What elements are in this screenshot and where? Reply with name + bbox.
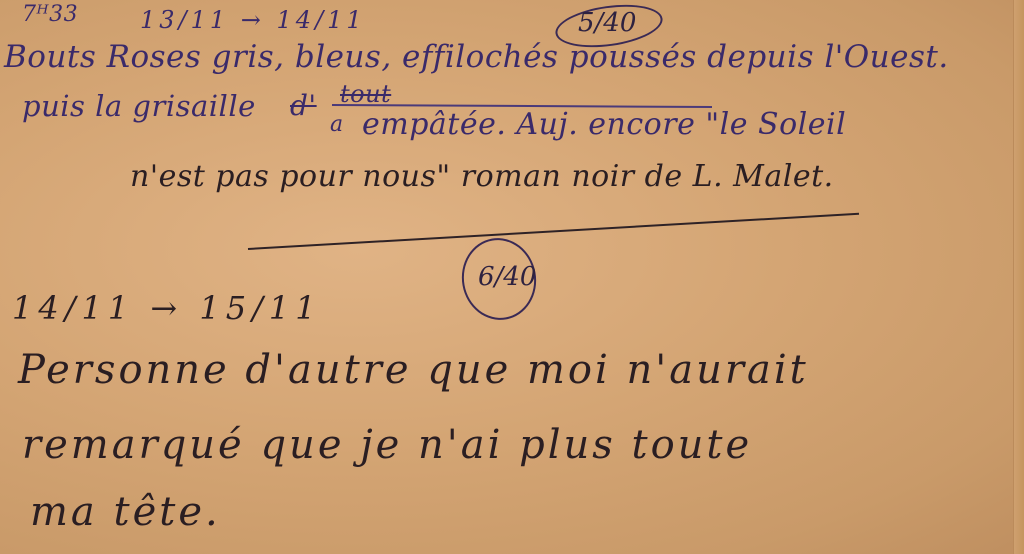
entry2-page-marker: 6/40 bbox=[478, 262, 536, 292]
entry1-line2-rest: empâtée. Auj. encore "le Soleil bbox=[362, 110, 846, 140]
entry1-line1: Bouts Roses gris, bleus, effilochés pous… bbox=[4, 42, 949, 73]
paper-edge bbox=[1013, 0, 1024, 554]
entry1-line2-start: puis la grisaille bbox=[22, 92, 256, 121]
entry-separator-line bbox=[248, 213, 859, 250]
entry1-line2-struck-word-2: tout bbox=[340, 82, 391, 106]
entry1-line2-struck-word-1: d' bbox=[290, 92, 317, 120]
entry1-time: 7ᴴ33 bbox=[22, 4, 78, 26]
entry1-page-marker: 5/40 bbox=[578, 8, 636, 38]
handwritten-note-page: 7ᴴ33 13/11 → 14/11 5/40 Bouts Roses gris… bbox=[0, 0, 1024, 554]
entry2-line1: Personne d'autre que moi n'aurait bbox=[18, 350, 809, 390]
entry1-line3: n'est pas pour nous" roman noir de L. Ma… bbox=[130, 162, 834, 192]
entry1-dates: 13/11 → 14/11 bbox=[140, 8, 366, 32]
entry2-line3: ma tête. bbox=[30, 492, 221, 532]
entry1-line2-insert: a bbox=[330, 114, 344, 136]
entry2-line2: remarqué que je n'ai plus toute bbox=[22, 425, 752, 465]
entry2-dates: 14/11 → 15/11 bbox=[12, 292, 322, 324]
